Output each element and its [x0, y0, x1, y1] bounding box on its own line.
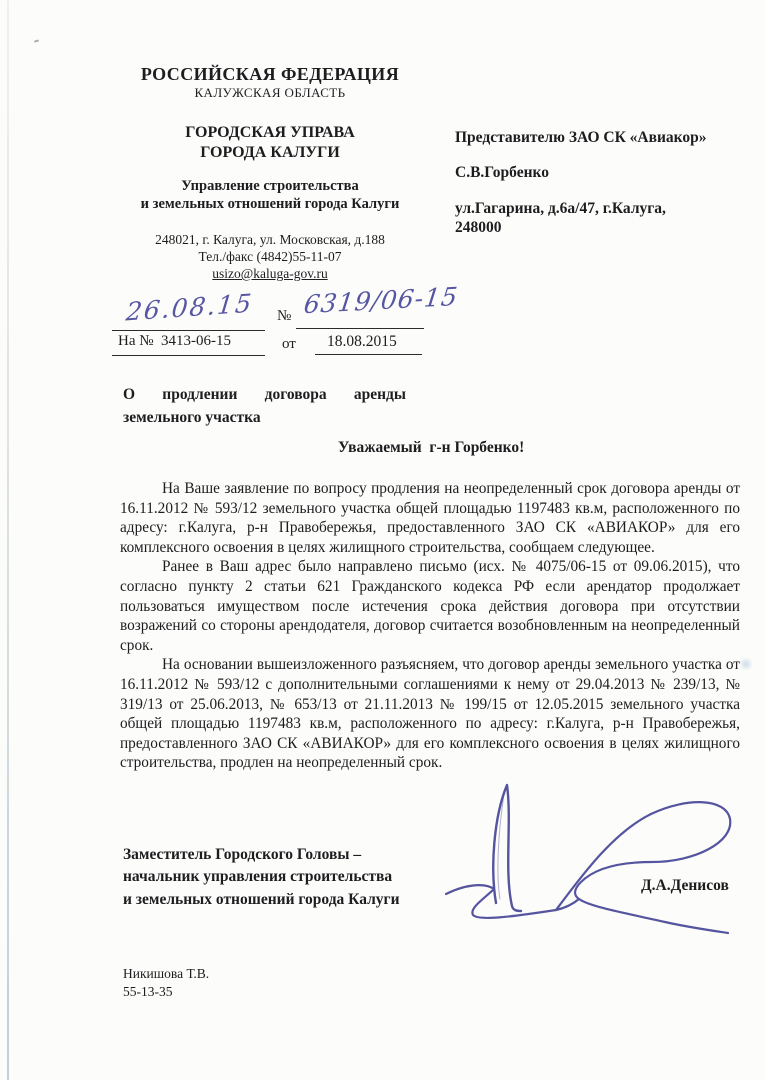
addressee-name: С.В.Горбенко — [455, 163, 755, 182]
signer-post-block: Заместитель Городского Головы – начальни… — [123, 844, 400, 911]
signer-post-line2: начальник управления строительства — [123, 866, 400, 888]
letterhead-contacts: 248021, г. Калуга, ул. Московская, д.188… — [110, 231, 430, 282]
signer-name: Д.А.Денисов — [641, 877, 729, 895]
number-sign-label: № — [277, 308, 291, 325]
department-line2: и земельных отношений города Калуги — [110, 195, 430, 213]
letterhead-department: Управление строительства и земельных отн… — [110, 177, 430, 213]
organization-line2: ГОРОДА КАЛУГИ — [110, 143, 430, 163]
scanned-letter-page: РОССИЙСКАЯ ФЕДЕРАЦИЯ КАЛУЖСКАЯ ОБЛАСТЬ Г… — [0, 0, 766, 1080]
incoming-reference: На № 3413-06-15 — [118, 333, 231, 350]
body-paragraph-1: На Ваше заявление по вопросу продления н… — [120, 479, 740, 557]
handwritten-outgoing-date: 26.08.15 — [125, 288, 255, 326]
from-label: от — [282, 336, 296, 353]
subject-block: О продлении договора аренды земельного у… — [123, 384, 406, 429]
addressee-title: Представителю ЗАО СК «Авиакор» — [455, 128, 755, 147]
body-paragraph-2: Ранее в Ваш адрес было направлено письмо… — [120, 557, 740, 655]
executor-block: Никишова Т.В. 55-13-35 — [123, 965, 209, 1000]
subject-line2: земельного участка — [123, 407, 406, 430]
signer-post-line1: Заместитель Городского Головы – — [123, 844, 400, 866]
email-address: usizo@kaluga-gov.ru — [110, 265, 430, 282]
scan-smudge — [740, 656, 752, 672]
scan-speck — [34, 39, 39, 42]
body-paragraph-3: На основании вышеизложенного разъясняем,… — [120, 655, 740, 773]
rule-number-top — [296, 328, 424, 329]
department-line1: Управление строительства — [110, 177, 430, 195]
addressee-street: ул.Гагарина, д.6а/47, г.Калуга, — [455, 199, 755, 218]
postal-address: 248021, г. Калуга, ул. Московская, д.188 — [110, 231, 430, 248]
scan-page-edge — [7, 0, 9, 1080]
addressee-postcode: 248000 — [455, 218, 755, 237]
phone-fax: Тел./факс (4842)55-11-07 — [110, 248, 430, 265]
addressee-block: Представителю ЗАО СК «Авиакор» С.В.Горбе… — [455, 128, 755, 237]
letterhead-country: РОССИЙСКАЯ ФЕДЕРАЦИЯ — [110, 64, 430, 85]
rule-date-top — [112, 330, 265, 331]
letterhead-region: КАЛУЖСКАЯ ОБЛАСТЬ — [110, 85, 430, 101]
letter-body: На Ваше заявление по вопросу продления н… — [120, 479, 740, 773]
executor-name: Никишова Т.В. — [123, 965, 209, 983]
signature-scribble — [438, 772, 750, 944]
rule-date-bottom — [315, 354, 422, 355]
rule-incoming-bottom — [112, 355, 265, 356]
executor-phone: 55-13-35 — [123, 983, 209, 1001]
salutation: Уважаемый г-н Горбенко! — [338, 439, 524, 457]
subject-line1: О продлении договора аренды — [123, 384, 406, 407]
organization-line1: ГОРОДСКАЯ УПРАВА — [110, 123, 430, 143]
incoming-date: 18.08.2015 — [327, 333, 397, 351]
signer-post-line3: и земельных отношений города Калуги — [123, 889, 400, 911]
handwritten-outgoing-number: 6319/06-15 — [302, 282, 460, 319]
letterhead-organization: ГОРОДСКАЯ УПРАВА ГОРОДА КАЛУГИ — [110, 123, 430, 163]
